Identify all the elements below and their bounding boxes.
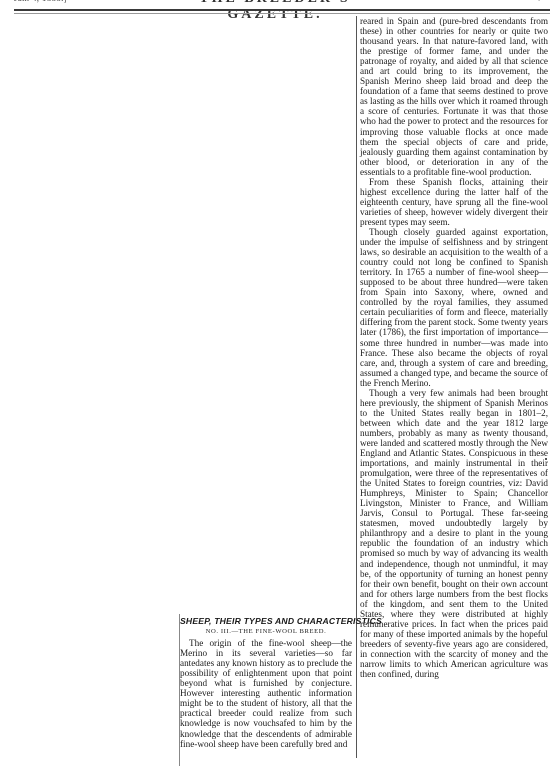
scan-speck	[545, 458, 547, 460]
paragraph: Though closely guarded against exportati…	[360, 227, 548, 388]
paragraph: From these Spanish flocks, attaining the…	[360, 177, 548, 227]
continued-paragraph: reared in Spain and (pure-bred descendan…	[360, 16, 548, 177]
article-paragraph: The origin of the fine-wool sheep—the Me…	[180, 638, 352, 749]
page-number: 7	[538, 0, 543, 3]
masthead-rule-thin	[14, 13, 550, 14]
left-column: SHEEP, THEIR TYPES AND CHARACTERISTICS N…	[180, 616, 352, 749]
article-subtitle: NO. III.—THE FINE-WOOL BREED.	[180, 627, 352, 637]
masthead: Jan. 4, 1888.] THE BREEDER'S GAZETTE. 7	[0, 0, 552, 7]
paragraph: Though a very few animals had been broug…	[360, 388, 548, 679]
masthead-rule-thick	[14, 9, 550, 11]
column-divider	[356, 16, 357, 758]
article-title: SHEEP, THEIR TYPES AND CHARACTERISTICS	[180, 616, 352, 626]
right-column: reared in Spain and (pure-bred descendan…	[360, 16, 548, 679]
masthead-date: Jan. 4, 1888.]	[14, 0, 67, 3]
